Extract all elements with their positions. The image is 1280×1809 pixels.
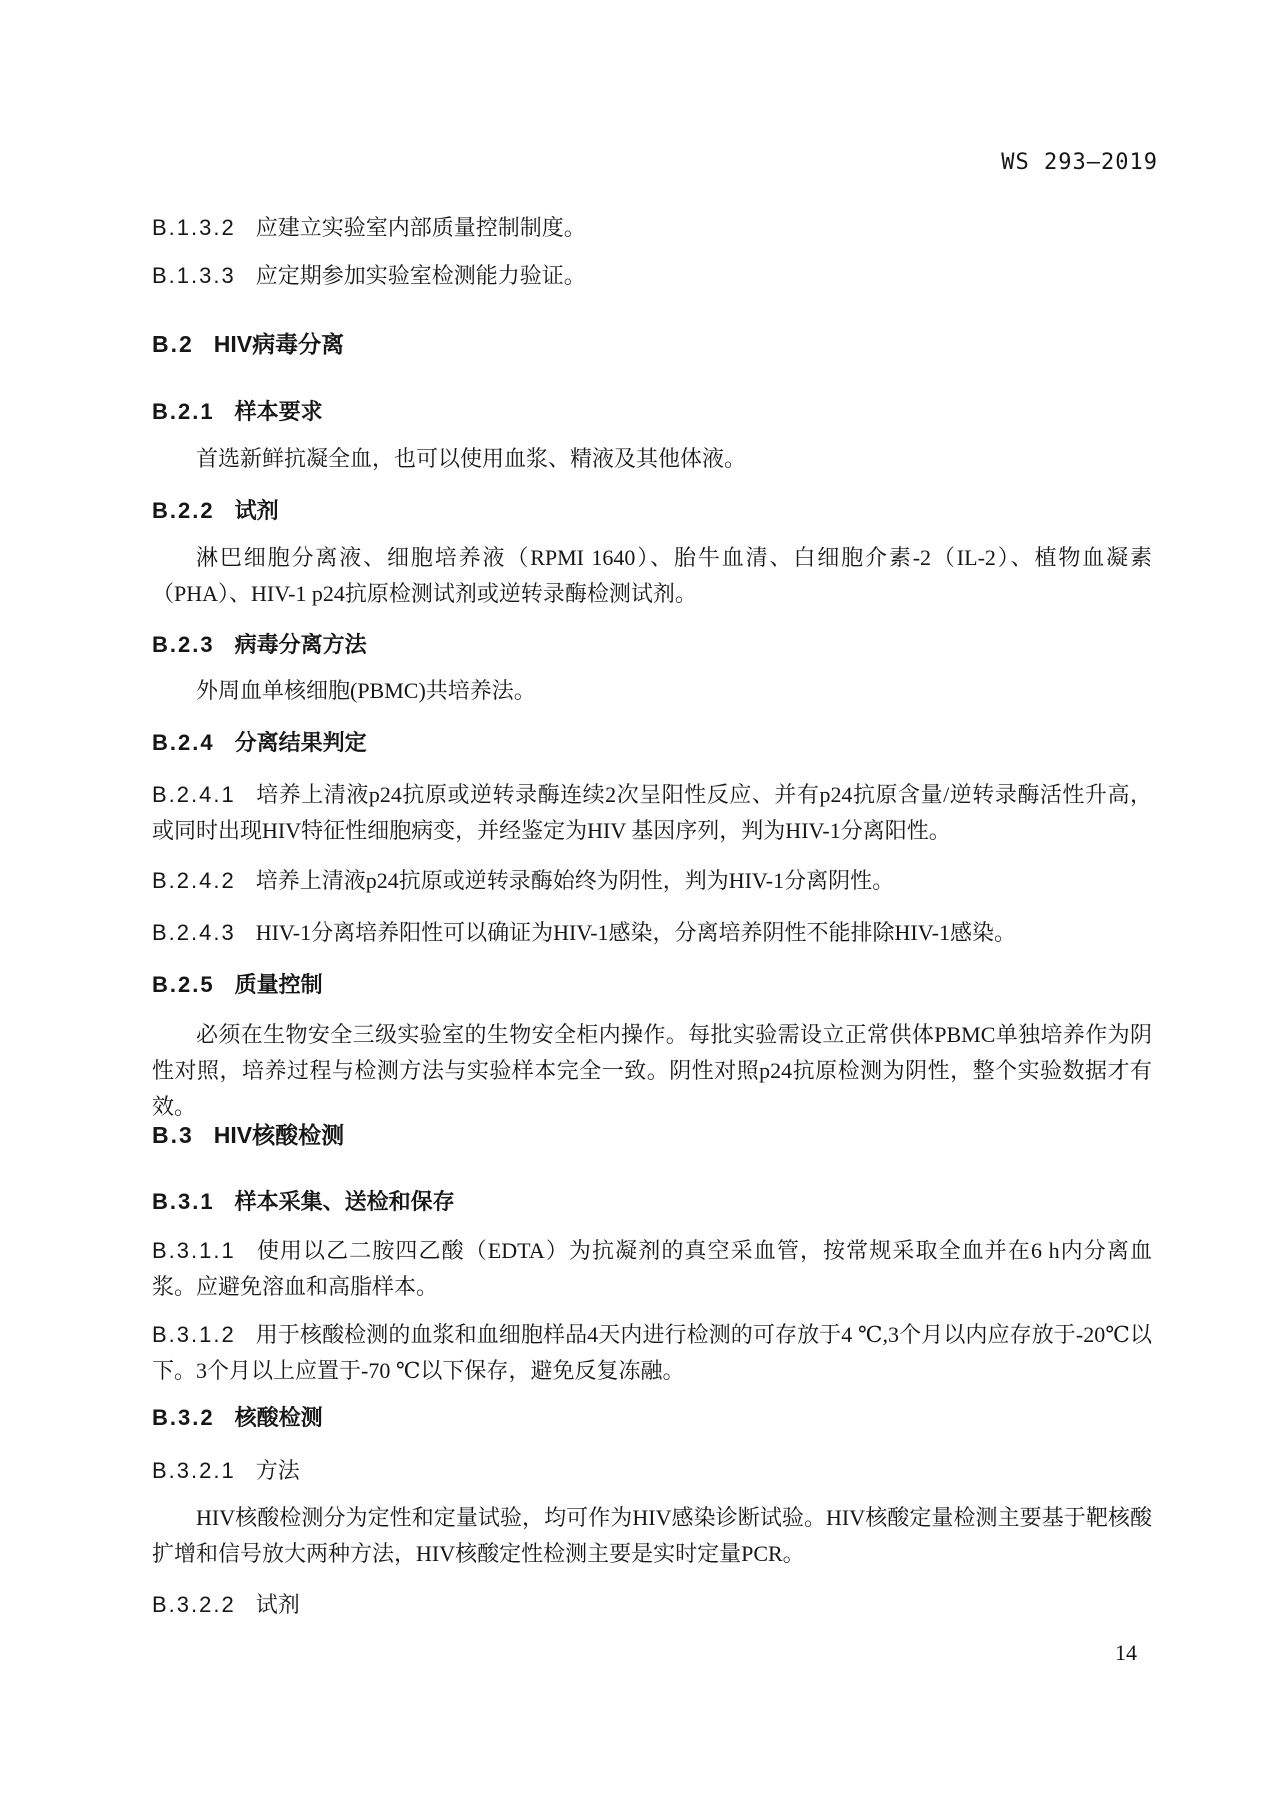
- paragraph-nucleic-acid-method: HIV核酸检测分为定性和定量试验，均可作为HIV感染诊断试验。HIV核酸定量检测…: [152, 1500, 1152, 1572]
- clause-b-2-4-2: B.2.4.2培养上清液p24抗原或逆转录酶始终为阴性，判为HIV-1分离阴性。: [152, 863, 1152, 899]
- paragraph-text: 首选新鲜抗凝全血，也可以使用血浆、精液及其他体液。: [196, 446, 746, 471]
- subsection-heading-b-3-2: B.3.2核酸检测: [152, 1400, 1152, 1436]
- clause-text: 培养上清液p24抗原或逆转录酶连续2次呈阳性反应、并有p24抗原含量/逆转录酶活…: [152, 782, 1152, 843]
- subsection-heading-b-2-2: B.2.2试剂: [152, 493, 1152, 529]
- clause-text: 用于核酸检测的血浆和血细胞样品4天内进行检测的可存放于4 ℃,3个月以内应存放于…: [152, 1322, 1152, 1383]
- clause-b-2-4-1: B.2.4.1培养上清液p24抗原或逆转录酶连续2次呈阳性反应、并有p24抗原含…: [152, 777, 1152, 849]
- paragraph-quality-control: 必须在生物安全三级实验室的生物安全柜内操作。每批实验需设立正常供体PBMC单独培…: [152, 1017, 1152, 1125]
- clause-b-2-4-3: B.2.4.3HIV-1分离培养阳性可以确证为HIV-1感染，分离培养阴性不能排…: [152, 915, 1152, 951]
- clause-text: HIV-1分离培养阳性可以确证为HIV-1感染，分离培养阴性不能排除HIV-1感…: [256, 920, 1016, 945]
- subclause-heading-b-3-2-1: B.3.2.1方法: [152, 1453, 1152, 1489]
- heading-label: B.2.4: [152, 730, 235, 755]
- heading-title: 方法: [256, 1458, 300, 1483]
- heading-title: HIV核酸检测: [214, 1122, 344, 1148]
- clause-text: 使用以乙二胺四乙酸（EDTA）为抗凝剂的真空采血管，按常规采取全血并在6 h内分…: [152, 1238, 1152, 1299]
- paragraph-sample-requirements: 首选新鲜抗凝全血，也可以使用血浆、精液及其他体液。: [152, 441, 1152, 477]
- clause-b-1-3-2: B.1.3.2应建立实验室内部质量控制制度。: [152, 210, 1152, 246]
- clause-label: B.2.4.2: [152, 868, 256, 893]
- heading-label: B.2.1: [152, 399, 235, 424]
- subsection-heading-b-2-1: B.2.1样本要求: [152, 394, 1152, 430]
- clause-b-1-3-3: B.1.3.3应定期参加实验室检测能力验证。: [152, 258, 1152, 294]
- clause-b-3-1-2: B.3.1.2用于核酸检测的血浆和血细胞样品4天内进行检测的可存放于4 ℃,3个…: [152, 1317, 1152, 1389]
- heading-title: 分离结果判定: [235, 730, 367, 755]
- clause-label: B.3.1.2: [152, 1322, 256, 1347]
- heading-title: 核酸检测: [235, 1405, 323, 1430]
- clause-label: B.2.4.3: [152, 920, 256, 945]
- paragraph-text: 必须在生物安全三级实验室的生物安全柜内操作。每批实验需设立正常供体PBMC单独培…: [152, 1022, 1152, 1119]
- clause-b-3-1-1: B.3.1.1使用以乙二胺四乙酸（EDTA）为抗凝剂的真空采血管，按常规采取全血…: [152, 1233, 1152, 1305]
- heading-label: B.3: [152, 1122, 214, 1148]
- page-number: 14: [152, 1640, 1137, 1666]
- heading-label: B.2.5: [152, 972, 235, 997]
- heading-label: B.3.2: [152, 1405, 235, 1430]
- paragraph-isolation-method: 外周血单核细胞(PBMC)共培养法。: [152, 673, 1152, 709]
- subsection-heading-b-2-5: B.2.5质量控制: [152, 967, 1152, 1003]
- paragraph-reagents: 淋巴细胞分离液、细胞培养液（RPMI 1640）、胎牛血清、白细胞介素-2（IL…: [152, 540, 1152, 612]
- clause-text: 应建立实验室内部质量控制制度。: [256, 215, 586, 240]
- paragraph-text: HIV核酸检测分为定性和定量试验，均可作为HIV感染诊断试验。HIV核酸定量检测…: [152, 1505, 1152, 1566]
- clause-label: B.1.3.2: [152, 215, 256, 240]
- heading-title: HIV病毒分离: [214, 331, 344, 357]
- subsection-heading-b-2-3: B.2.3病毒分离方法: [152, 627, 1152, 663]
- clause-text: 培养上清液p24抗原或逆转录酶始终为阴性，判为HIV-1分离阴性。: [256, 868, 894, 893]
- heading-title: 样本要求: [235, 399, 323, 424]
- section-heading-b-3: B.3HIV核酸检测: [152, 1117, 1152, 1153]
- subclause-heading-b-3-2-2: B.3.2.2试剂: [152, 1587, 1152, 1623]
- heading-title: 样本采集、送检和保存: [235, 1189, 455, 1214]
- heading-title: 质量控制: [235, 972, 323, 997]
- heading-label: B.2: [152, 331, 214, 357]
- paragraph-text: 外周血单核细胞(PBMC)共培养法。: [196, 678, 536, 703]
- subsection-heading-b-3-1: B.3.1样本采集、送检和保存: [152, 1184, 1152, 1220]
- subsection-heading-b-2-4: B.2.4分离结果判定: [152, 725, 1152, 761]
- heading-label: B.2.3: [152, 632, 235, 657]
- heading-title: 试剂: [256, 1592, 300, 1617]
- clause-text: 应定期参加实验室检测能力验证。: [256, 263, 586, 288]
- paragraph-text: 淋巴细胞分离液、细胞培养液（RPMI 1640）、胎牛血清、白细胞介素-2（IL…: [152, 545, 1152, 606]
- heading-title: 试剂: [235, 498, 279, 523]
- clause-label: B.3.1.1: [152, 1238, 256, 1263]
- heading-label: B.3.2.2: [152, 1592, 256, 1617]
- heading-label: B.2.2: [152, 498, 235, 523]
- standard-number-header: WS 293—2019: [152, 150, 1158, 175]
- heading-label: B.3.1: [152, 1189, 235, 1214]
- section-heading-b-2: B.2HIV病毒分离: [152, 326, 1152, 362]
- clause-label: B.1.3.3: [152, 263, 256, 288]
- heading-label: B.3.2.1: [152, 1458, 256, 1483]
- clause-label: B.2.4.1: [152, 782, 256, 807]
- document-page: WS 293—2019 B.1.3.2应建立实验室内部质量控制制度。 B.1.3…: [0, 0, 1280, 1809]
- heading-title: 病毒分离方法: [235, 632, 367, 657]
